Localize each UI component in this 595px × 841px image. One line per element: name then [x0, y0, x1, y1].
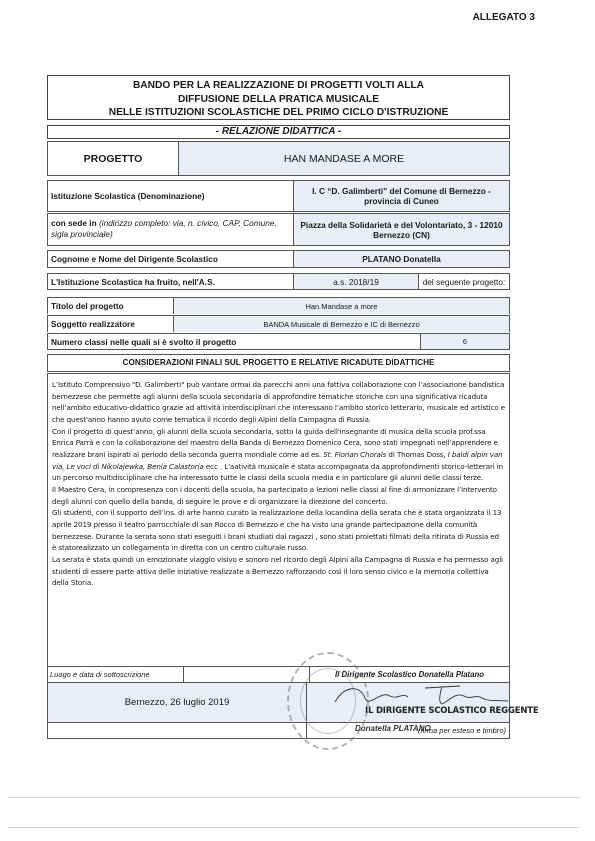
- paragraph-2-title-1: St. Florian Chorals: [323, 450, 388, 459]
- document-subtitle: - RELAZIONE DIDATTICA -: [47, 125, 510, 139]
- classes-value: 6: [420, 334, 509, 349]
- principal-value: PLATANO Donatella: [293, 251, 509, 267]
- title-line-3: NELLE ISTITUZIONI SCOLASTICHE DEL PRIMO …: [48, 106, 509, 120]
- paragraph-2: Con il progetto di quest’anno, gli alunn…: [52, 426, 505, 484]
- paragraph-5: La serata è stata quindi un emozionate v…: [52, 554, 505, 589]
- footer-divider-1: [8, 797, 580, 798]
- institution-value: I. C “D. Galimberti” del Comune di Berne…: [293, 181, 509, 211]
- principal-row: Cognome e Nome del Dirigente Scolastico …: [47, 250, 510, 268]
- stamp-name: Donatella PLATANO: [355, 724, 431, 733]
- classes-row: Numero classi nelle quali si è svolto il…: [47, 333, 510, 350]
- address-value-line1: Piazza della Solidarietà e del Volontari…: [300, 220, 502, 230]
- address-label-bold: con sede in: [51, 218, 97, 228]
- producer-value: BANDA Musicale di Bernezzo e IC di Berne…: [173, 316, 509, 332]
- producer-row: Soggetto realizzatore BANDA Musicale di …: [47, 315, 510, 332]
- document-title: BANDO PER LA REALIZZAZIONE DI PROGETTI V…: [47, 75, 510, 120]
- address-label: con sede in (indirizzo completo: via, n.…: [48, 214, 293, 245]
- title-value: Han Mandase a more: [173, 298, 509, 314]
- project-value: HAN MANDASE A MORE: [178, 142, 509, 175]
- considerations-body: L’Istituto Comprensivo "D. Galimberti" p…: [47, 373, 510, 666]
- project-row: PROGETTO HAN MANDASE A MORE: [47, 141, 510, 176]
- institution-value-line2: provincia di Cuneo: [364, 196, 439, 206]
- school-year-row: L'Istituzione Scolastica ha fruito, nell…: [47, 273, 510, 290]
- footer-divider-2: [8, 827, 580, 828]
- paragraph-3: Il Maestro Cera, in compresenza con i do…: [52, 484, 505, 507]
- place-date-label: Luogo e data di sottoscrizione: [48, 667, 184, 682]
- project-label: PROGETTO: [48, 142, 178, 175]
- school-year-label: L'Istituzione Scolastica ha fruito, nell…: [48, 274, 293, 289]
- address-value-line2: Bernezzo (CN): [373, 230, 430, 240]
- producer-label: Soggetto realizzatore: [48, 316, 173, 332]
- institution-row: Istituzione Scolastica (Denominazione) I…: [47, 180, 510, 212]
- classes-label: Numero classi nelle quali si è svolto il…: [48, 334, 420, 349]
- principal-label: Cognome e Nome del Dirigente Scolastico: [48, 251, 293, 267]
- title-line-1: BANDO PER LA REALIZZAZIONE DI PROGETTI V…: [48, 79, 509, 93]
- address-row: con sede in (indirizzo completo: via, n.…: [47, 213, 510, 246]
- title-line-2: DIFFUSIONE DELLA PRATICA MUSICALE: [48, 93, 509, 107]
- institution-label: Istituzione Scolastica (Denominazione): [48, 181, 293, 211]
- stamp-title: IL DIRIGENTE SCOLASTICO REGGENTE: [365, 706, 538, 716]
- paragraph-4: Gli studenti, con il supporto dell’ins. …: [52, 507, 505, 554]
- attachment-label: ALLEGATO 3: [473, 12, 535, 23]
- signature-bottom-left: [48, 723, 307, 738]
- paragraph-1: L’Istituto Comprensivo "D. Galimberti" p…: [52, 379, 505, 426]
- school-year-suffix: del seguente progetto:: [418, 274, 509, 289]
- institution-value-line1: I. C “D. Galimberti” del Comune di Berne…: [312, 186, 491, 196]
- address-value: Piazza della Solidarietà e del Volontari…: [293, 214, 509, 245]
- paragraph-2-text-b: di Thomas Doss,: [388, 450, 447, 459]
- title-row: Titolo del progetto Han Mandase a more: [47, 297, 510, 314]
- school-year-value: a.s. 2018/19: [293, 274, 418, 289]
- place-date-value: Bernezzo, 26 luglio 2019: [48, 683, 307, 722]
- title-label: Titolo del progetto: [48, 298, 173, 314]
- considerations-heading: CONSIDERAZIONI FINALI SUL PROGETTO E REL…: [47, 354, 510, 372]
- signature-bottom-row: (firma per esteso e timbro): [47, 722, 510, 739]
